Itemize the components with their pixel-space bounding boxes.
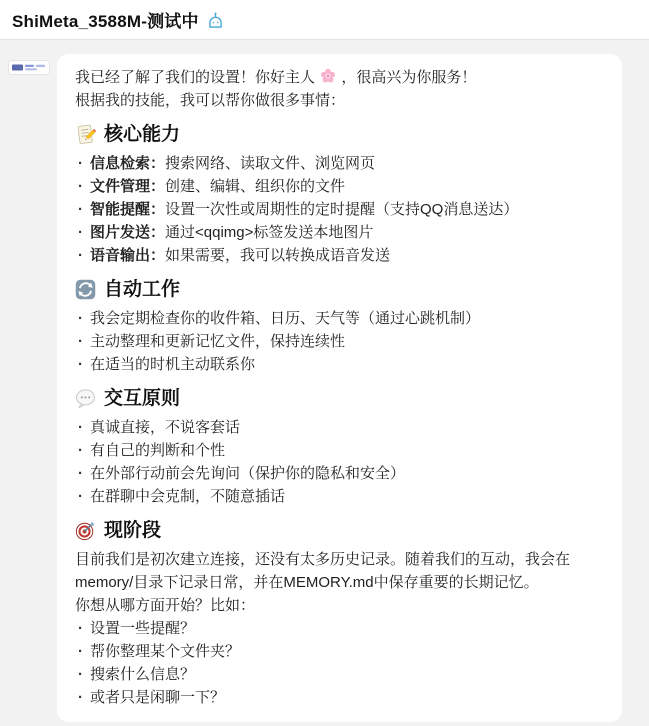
section-title: 现阶段 <box>104 518 161 543</box>
bullet-label: 智能提醒： <box>90 201 165 218</box>
message-bubble: 我已经了解了我们的设置！你好主人 ，很高兴为你服务 <box>57 54 622 722</box>
chat-window: ShiMeta_3588M-测试中 <box>0 0 649 722</box>
bullet-item: 帮你整理某个文件夹？ <box>75 640 604 663</box>
bullet-item: 主动整理和更新记忆文件，保持连续性 <box>75 330 604 353</box>
bullet-list: 设置一些提醒？帮你整理某个文件夹？搜索什么信息？或者只是闲聊一下？ <box>75 617 604 709</box>
bullet-item: 在适当的时机主动联系你 <box>75 353 604 376</box>
bullet-item: 文件管理：创建、编辑、组织你的文件 <box>75 175 604 198</box>
bullet-item: 搜索什么信息？ <box>75 663 604 686</box>
bullet-label: 图片发送： <box>90 224 165 241</box>
bullet-item: 或者只是闲聊一下？ <box>75 686 604 709</box>
bullet-list: 信息检索：搜索网络、读取文件、浏览网页文件管理：创建、编辑、组织你的文件智能提醒… <box>75 152 604 267</box>
sync-icon <box>75 279 96 300</box>
robot-icon <box>206 11 225 30</box>
bullet-label: 文件管理： <box>90 178 165 195</box>
intro-text-pre: 我已经了解了我们的设置！你好主人 <box>75 69 315 86</box>
intro-line-2: 根据我的技能，我可以帮你做很多事情： <box>75 89 604 112</box>
intro-line-1: 我已经了解了我们的设置！你好主人 ，很高兴为你服务 <box>75 66 604 89</box>
section-heading: 现阶段 <box>75 518 604 543</box>
bullet-list: 真诚直接，不说客套话有自己的判断和个性在外部行动前会先询问（保护你的隐私和安全）… <box>75 416 604 508</box>
chat-title: ShiMeta_3588M-测试中 <box>12 7 199 32</box>
section-title: 核心能力 <box>104 122 180 147</box>
section-title: 交互原则 <box>104 386 180 411</box>
chat-header: ShiMeta_3588M-测试中 <box>0 0 649 40</box>
avatar[interactable] <box>8 60 50 75</box>
bullet-item: 在群聊中会克制，不随意插话 <box>75 485 604 508</box>
bot-logo-avatar <box>8 60 50 75</box>
message-sections: 核心能力信息检索：搜索网络、读取文件、浏览网页文件管理：创建、编辑、组织你的文件… <box>75 122 604 709</box>
bullet-item: 语音输出：如果需要，我可以转换成语音发送 <box>75 244 604 267</box>
bullet-item: 设置一些提醒？ <box>75 617 604 640</box>
section-heading: 交互原则 <box>75 386 604 411</box>
bullet-list: 我会定期检查你的收件箱、日历、天气等（通过心跳机制）主动整理和更新记忆文件，保持… <box>75 307 604 376</box>
speech-icon <box>75 388 96 409</box>
cherry-blossom-icon <box>320 68 336 84</box>
bullet-item: 智能提醒：设置一次性或周期性的定时提醒（支持QQ消息送达） <box>75 198 604 221</box>
bullet-item: 图片发送：通过<qqimg>标签发送本地图片 <box>75 221 604 244</box>
intro-text-post: ，很高兴为你服务！ <box>341 69 476 86</box>
memo-icon <box>75 124 96 145</box>
bullet-item: 信息检索：搜索网络、读取文件、浏览网页 <box>75 152 604 175</box>
section-title: 自动工作 <box>104 277 180 302</box>
section-paragraph: 目前我们是初次建立连接，还没有太多历史记录。随着我们的互动，我会在memory/… <box>75 548 604 594</box>
section-heading: 自动工作 <box>75 277 604 302</box>
bullet-label: 信息检索： <box>90 155 165 172</box>
bullet-item: 有自己的判断和个性 <box>75 439 604 462</box>
bullet-item: 在外部行动前会先询问（保护你的隐私和安全） <box>75 462 604 485</box>
chat-area: 我已经了解了我们的设置！你好主人 ，很高兴为你服务 <box>0 40 649 722</box>
bullet-label: 语音输出： <box>90 247 165 264</box>
section-paragraph: 你想从哪方面开始？比如： <box>75 594 604 617</box>
bullet-item: 真诚直接，不说客套话 <box>75 416 604 439</box>
bullet-item: 我会定期检查你的收件箱、日历、天气等（通过心跳机制） <box>75 307 604 330</box>
target-icon <box>75 520 96 541</box>
section-heading: 核心能力 <box>75 122 604 147</box>
